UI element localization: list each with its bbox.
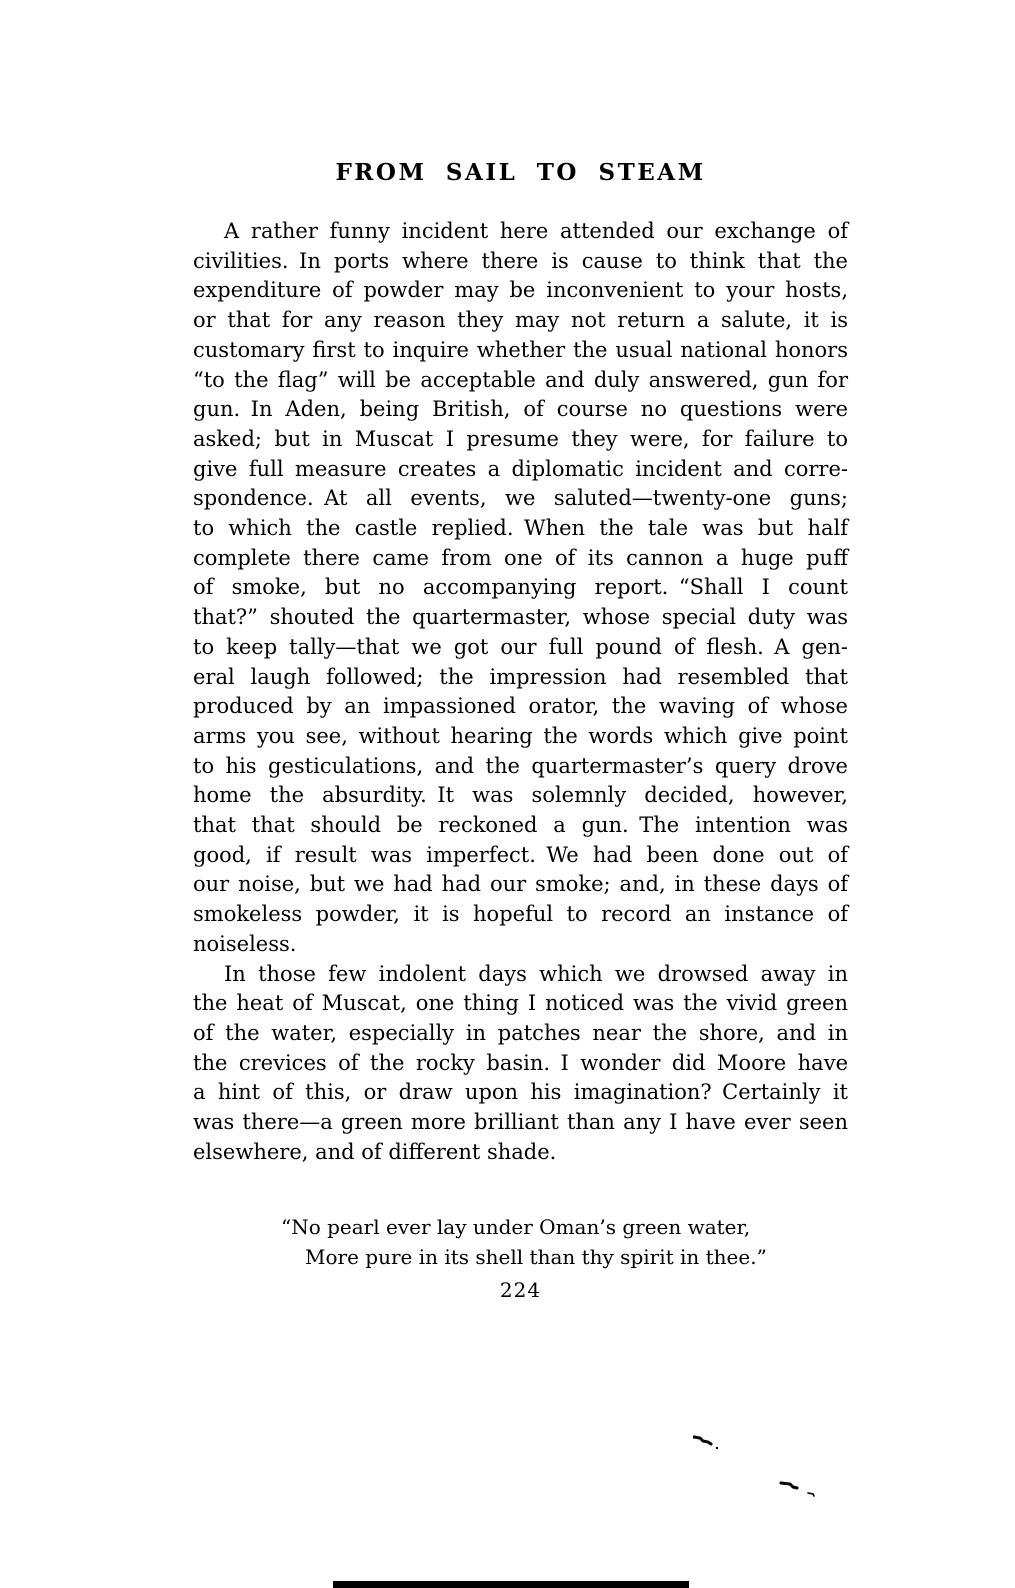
- text-line: asked; but in Muscat I presume they were…: [193, 425, 848, 455]
- text-line: a hint of this, or draw upon his imagina…: [193, 1078, 848, 1108]
- ink-smudge-icon: [779, 1479, 819, 1499]
- text-line: to which the castle replied. When the ta…: [193, 514, 848, 544]
- text-line: eral laugh followed; the impression had …: [193, 663, 848, 693]
- body-text: A rather funny incident here attended ou…: [193, 217, 848, 1168]
- text-line: that?” shouted the quartermaster, whose …: [193, 603, 848, 633]
- text-line: to keep tally—that we got our full pound…: [193, 633, 848, 663]
- text-line: or that for any reason they may not retu…: [193, 306, 848, 336]
- text-line: gun. In Aden, being British, of course n…: [193, 395, 848, 425]
- page-title: FROM SAIL TO STEAM: [193, 160, 848, 186]
- text-line: of smoke, but no accompanying report. “S…: [193, 573, 848, 603]
- verse-quote: “No pearl ever lay under Oman’s green wa…: [193, 1212, 848, 1272]
- text-line: of the water, especially in patches near…: [193, 1019, 848, 1049]
- text-line: the crevices of the rocky basin. I wonde…: [193, 1049, 848, 1079]
- text-line: produced by an impassioned orator, the w…: [193, 692, 848, 722]
- text-line: customary first to inquire whether the u…: [193, 336, 848, 366]
- text-line: to his gesticulations, and the quarterma…: [193, 752, 848, 782]
- book-page: FROM SAIL TO STEAM A rather funny incide…: [0, 0, 1015, 1588]
- text-line: smokeless powder, it is hopeful to recor…: [193, 900, 848, 930]
- text-line: noiseless.: [193, 930, 848, 960]
- text-line: spondence. At all events, we saluted—twe…: [193, 484, 848, 514]
- text-line: elsewhere, and of different shade.: [193, 1138, 848, 1168]
- text-line: that that should be reckoned a gun. The …: [193, 811, 848, 841]
- text-line: arms you see, without hearing the words …: [193, 722, 848, 752]
- text-line: home the absurdity. It was solemnly deci…: [193, 781, 848, 811]
- text-line: complete there came from one of its cann…: [193, 544, 848, 574]
- text-line: expenditure of powder may be inconvenien…: [193, 276, 848, 306]
- verse-line-1: “No pearl ever lay under Oman’s green wa…: [193, 1212, 848, 1242]
- text-line: “to the flag” will be acceptable and dul…: [193, 366, 848, 396]
- ink-smudge-icon: [693, 1434, 721, 1452]
- text-line: civilities. In ports where there is caus…: [193, 247, 848, 277]
- paragraph-muscat-green-water: In those few indolent days which we drow…: [193, 960, 848, 1168]
- text-line: the heat of Muscat, one thing I noticed …: [193, 989, 848, 1019]
- paragraph-salute-incident: A rather funny incident here attended ou…: [193, 217, 848, 960]
- text-line: A rather funny incident here attended ou…: [193, 217, 848, 247]
- verse-line-2: More pure in its shell than thy spirit i…: [193, 1242, 848, 1272]
- text-line: give full measure creates a diplomatic i…: [193, 455, 848, 485]
- scan-artifact-bar: [333, 1581, 689, 1588]
- text-line: In those few indolent days which we drow…: [193, 960, 848, 990]
- text-line: good, if result was imperfect. We had be…: [193, 841, 848, 871]
- page-number: 224: [193, 1278, 848, 1302]
- text-line: was there—a green more brilliant than an…: [193, 1108, 848, 1138]
- text-line: our noise, but we had had our smoke; and…: [193, 870, 848, 900]
